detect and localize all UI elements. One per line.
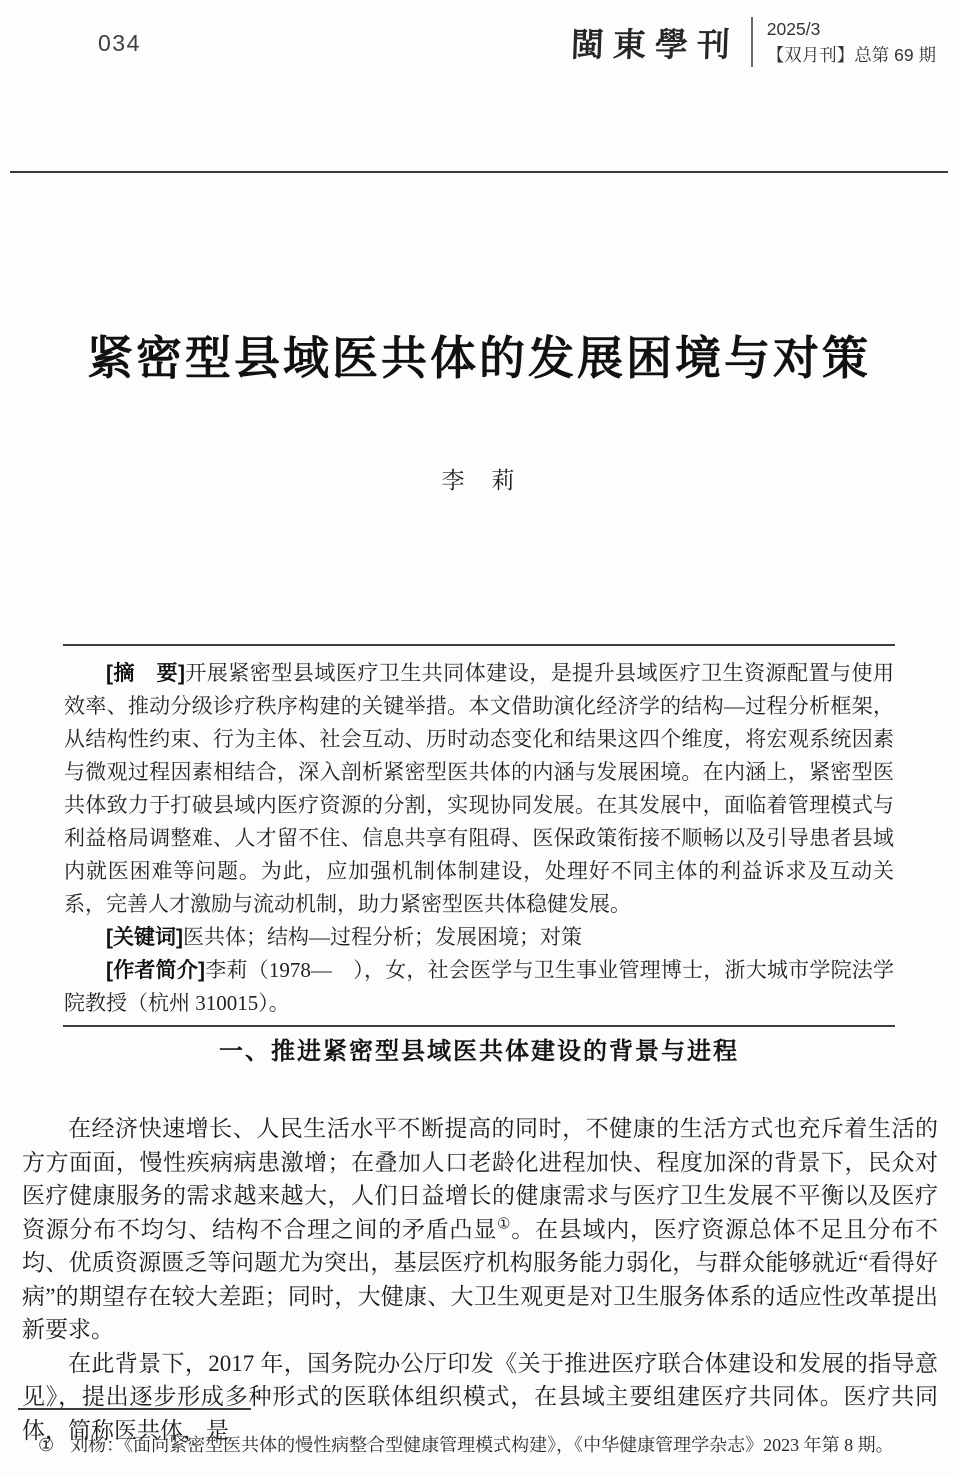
keywords-label: [关键词] bbox=[106, 926, 183, 949]
section-1-heading: 一、推进紧密型县域医共体建设的背景与进程 bbox=[0, 1036, 958, 1068]
article-title: 紧密型县域医共体的发展困境与对策 bbox=[0, 330, 958, 388]
author-bio-label: [作者简介] bbox=[106, 959, 205, 982]
page-number: 034 bbox=[98, 30, 141, 57]
journal-masthead: 閩東學刊 2025/3 【双月刊】总第 69 期 bbox=[571, 16, 936, 68]
journal-issue-info: 2025/3 【双月刊】总第 69 期 bbox=[767, 16, 936, 68]
issue-number: 【双月刊】总第 69 期 bbox=[767, 42, 936, 68]
keywords-text: 医共体；结构—过程分析；发展困境；对策 bbox=[183, 925, 582, 949]
author-bio-line: [作者简介]李莉（1978— ），女，社会医学与卫生事业管理博士，浙大城市学院法… bbox=[64, 954, 894, 1020]
header-rule bbox=[10, 171, 948, 173]
journal-name-logo: 閩東學刊 bbox=[570, 19, 744, 66]
abstract-text: 开展紧密型县域医疗卫生共同体建设，是提升县域医疗卫生资源配置与使用效率、推动分级… bbox=[64, 661, 894, 916]
footnote-item: ①刘杨：《面向紧密型医共体的慢性病整合型健康管理模式构建》，《中华健康管理学杂志… bbox=[38, 1432, 938, 1458]
journal-page: 034 閩東學刊 2025/3 【双月刊】总第 69 期 紧密型县域医共体的发展… bbox=[0, 0, 958, 1476]
footnote-section: ①刘杨：《面向紧密型医共体的慢性病整合型健康管理模式构建》，《中华健康管理学杂志… bbox=[18, 1408, 938, 1458]
keywords-line: [关键词]医共体；结构—过程分析；发展困境；对策 bbox=[64, 921, 894, 954]
body-text: 在经济快速增长、人民生活水平不断提高的同时，不健康的生活方式也充斥着生活的方方面… bbox=[22, 1112, 938, 1447]
abstract-block: [摘 要]开展紧密型县域医疗卫生共同体建设，是提升县域医疗卫生资源配置与使用效率… bbox=[63, 644, 895, 1027]
footnote-reference-1: ① bbox=[497, 1216, 511, 1232]
body-paragraph-1: 在经济快速增长、人民生活水平不断提高的同时，不健康的生活方式也充斥着生活的方方面… bbox=[22, 1112, 938, 1347]
footnote-marker: ① bbox=[38, 1435, 54, 1455]
abstract-label: [摘 要] bbox=[106, 662, 185, 685]
footnote-text: 刘杨：《面向紧密型医共体的慢性病整合型健康管理模式构建》，《中华健康管理学杂志》… bbox=[70, 1435, 894, 1455]
article-author: 李 莉 bbox=[0, 466, 958, 496]
masthead-divider bbox=[751, 17, 753, 67]
footnote-divider bbox=[18, 1408, 251, 1410]
abstract-paragraph: [摘 要]开展紧密型县域医疗卫生共同体建设，是提升县域医疗卫生资源配置与使用效率… bbox=[64, 657, 894, 921]
issue-date: 2025/3 bbox=[767, 16, 936, 42]
